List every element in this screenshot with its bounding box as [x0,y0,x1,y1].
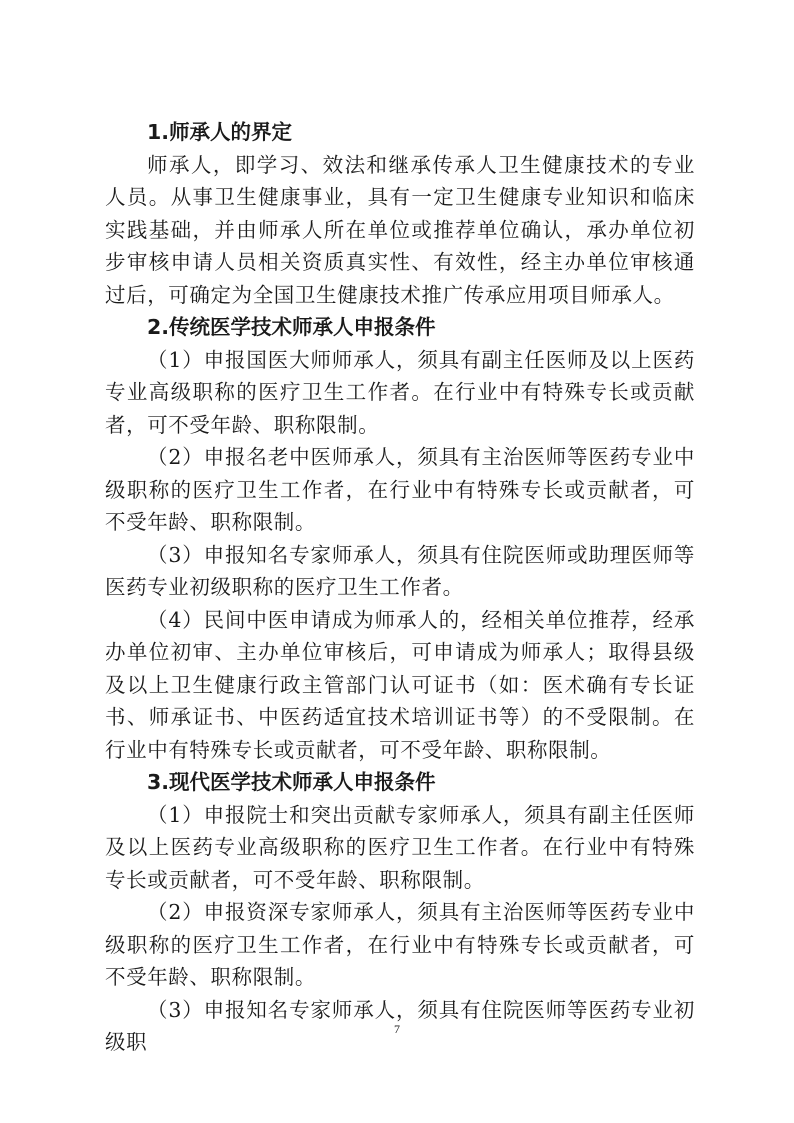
document-page: 1.师承人的界定 师承人，即学习、效法和继承传承人卫生健康技术的专业人员。从事卫… [105,116,695,1059]
modern-item-2: （2）申报资深专家师承人，须具有主治医师等医药专业中级职称的医疗卫生工作者，在行… [105,896,695,994]
traditional-item-2: （2）申报名老中医师承人，须具有主治医师等医药专业中级职称的医疗卫生工作者，在行… [105,441,695,539]
page-number: 7 [0,1022,794,1037]
traditional-item-3: （3）申报知名专家师承人，须具有住院医师或助理医师等医药专业初级职称的医疗卫生工… [105,539,695,604]
traditional-item-4: （4）民间中医申请成为师承人的，经相关单位推荐，经承办单位初审、主办单位审核后，… [105,604,695,767]
modern-item-1: （1）申报院士和突出贡献专家师承人，须具有副主任医师及以上医药专业高级职称的医疗… [105,799,695,897]
section-heading-definition: 1.师承人的界定 [105,116,695,149]
section-heading-modern: 3.现代医学技术师承人申报条件 [105,766,695,799]
section-heading-traditional: 2.传统医学技术师承人申报条件 [105,311,695,344]
paragraph-definition: 师承人，即学习、效法和继承传承人卫生健康技术的专业人员。从事卫生健康事业，具有一… [105,149,695,312]
traditional-item-1: （1）申报国医大师师承人，须具有副主任医师及以上医药专业高级职称的医疗卫生工作者… [105,344,695,442]
